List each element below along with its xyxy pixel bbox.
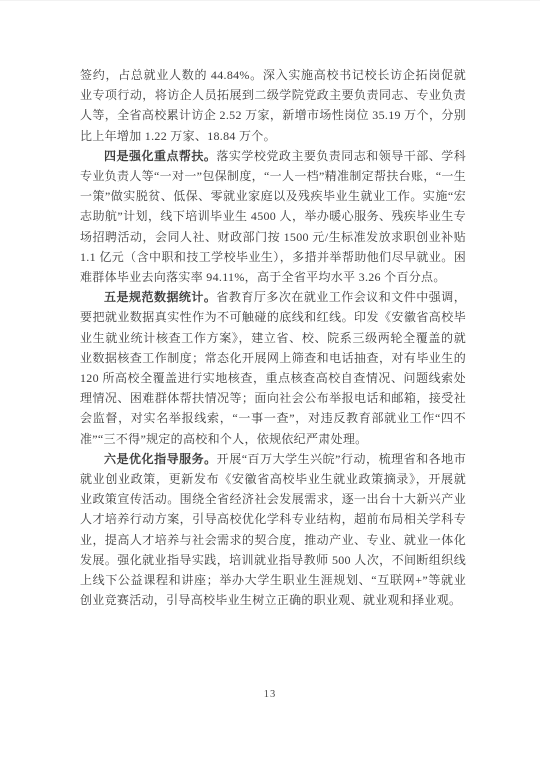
paragraph-point-six: 六是优化指导服务。开展“百万大学生兴皖”行动，梳理省和各地市就业创业政策，更新发… [80,449,466,611]
paragraph-text: 省教育厅多次在就业工作会议和文件中强调，要把就业数据真实性作为不可触碰的底线和红… [80,290,466,445]
paragraph-lead: 四是强化重点帮扶。 [104,149,216,163]
document-page: 签约，占总就业人数的 44.84%。深入实施高校书记校长访企拓岗促就业专项行动，… [0,0,540,764]
paragraph-continuation: 签约，占总就业人数的 44.84%。深入实施高校书记校长访企拓岗促就业专项行动，… [80,65,466,146]
document-body: 签约，占总就业人数的 44.84%。深入实施高校书记校长访企拓岗促就业专项行动，… [80,65,466,610]
page-number: 13 [0,689,540,700]
paragraph-text: 签约，占总就业人数的 44.84%。深入实施高校书记校长访企拓岗促就业专项行动，… [80,68,466,143]
paragraph-lead: 五是规范数据统计。 [104,290,216,304]
paragraph-point-four: 四是强化重点帮扶。落实学校党政主要负责同志和领导干部、学科专业负责人等“一对一”… [80,146,466,287]
paragraph-text: 落实学校党政主要负责同志和领导干部、学科专业负责人等“一对一”包保制度，“一人一… [80,149,466,284]
paragraph-point-five: 五是规范数据统计。省教育厅多次在就业工作会议和文件中强调，要把就业数据真实性作为… [80,287,466,449]
paragraph-text: 开展“百万大学生兴皖”行动，梳理省和各地市就业创业政策，更新发布《安徽省高校毕业… [80,452,466,607]
paragraph-lead: 六是优化指导服务。 [104,452,217,466]
